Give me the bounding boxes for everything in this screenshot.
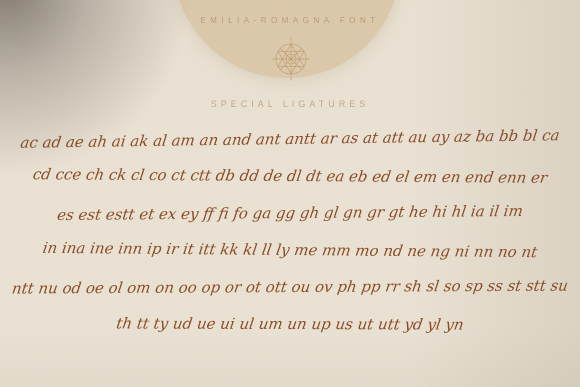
ligature-line: th tt ty ud ue ui ul um un up us ut utt …: [0, 305, 580, 344]
ligature-line: ac ad ae ah ai ak al am an and ant antt …: [0, 117, 580, 162]
font-title: EMILIA-ROMAGNA FONT: [0, 16, 580, 25]
ligature-line: es est estt et ex ey ff fi fo ga gg gh g…: [0, 192, 580, 234]
ligature-list: ac ad ae ah ai ak al am an and ant antt …: [0, 121, 580, 343]
section-heading: SPECIAL LIGATURES: [0, 99, 580, 109]
font-specimen-poster: EMILIA-ROMAGNA FONT SPECIAL LIGATURES ac…: [0, 0, 580, 387]
ligature-line: ntt nu od oe ol om on oo op or ot ott ou…: [0, 267, 580, 307]
ligature-line: cd cce ch ck cl co ct ctt db dd de dl dt…: [0, 156, 580, 197]
sacred-geometry-icon: [268, 36, 314, 82]
ligature-line: in ina ine inn ip ir it itt kk kl ll ly …: [0, 229, 580, 271]
